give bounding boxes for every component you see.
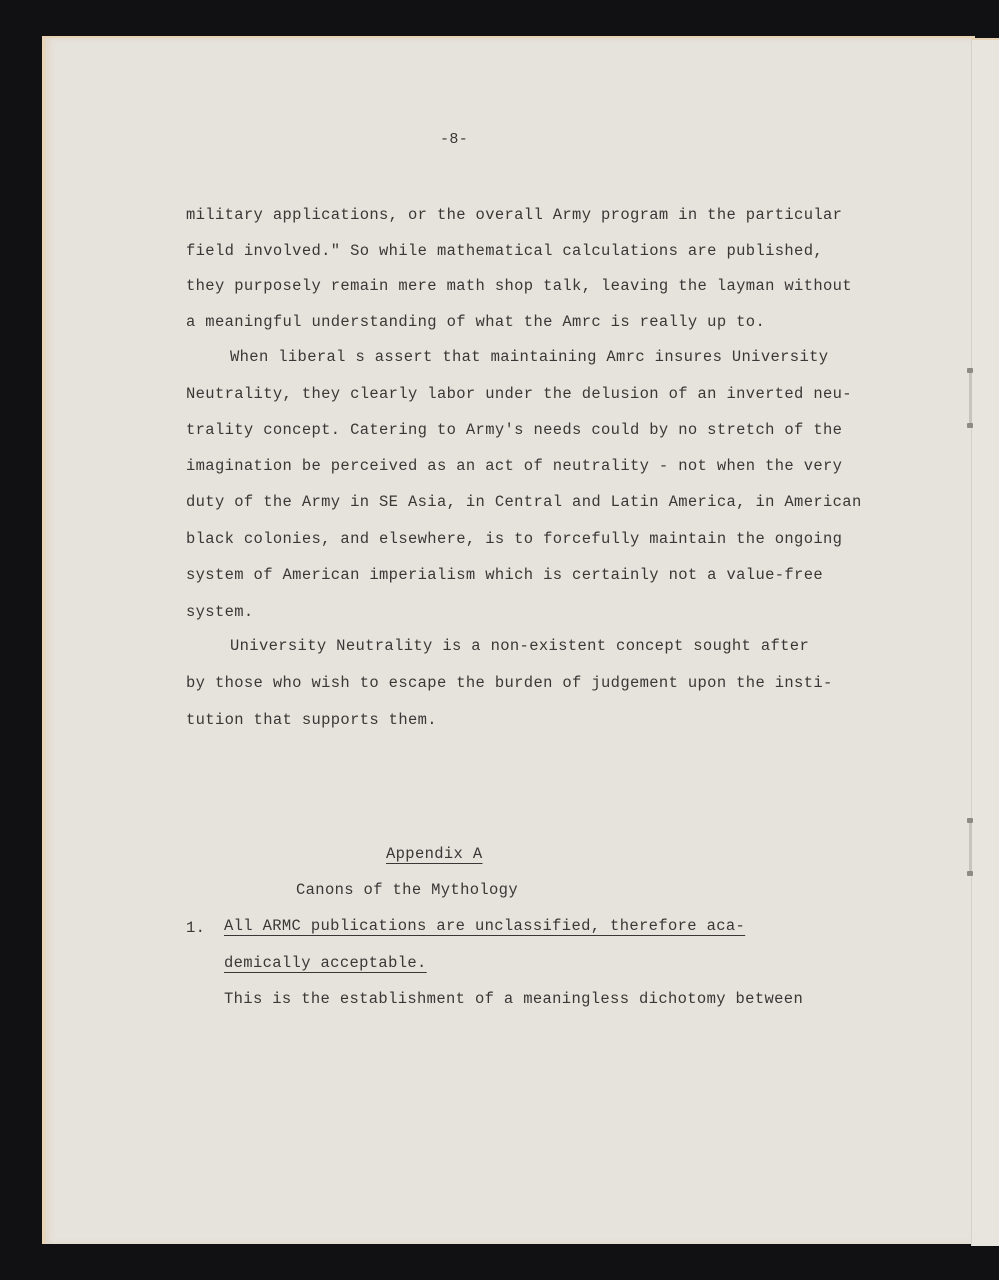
appendix-item-number: 1.	[186, 918, 205, 938]
paragraph-1-line-3: they purposely remain mere math shop tal…	[186, 276, 852, 296]
paragraph-2-line-4: imagination be perceived as an act of ne…	[186, 456, 842, 476]
appendix-item-title-line-1: All ARMC publications are unclassified, …	[224, 916, 745, 936]
appendix-heading: Appendix A	[386, 844, 483, 864]
paragraph-2-line-1: When liberal s assert that maintaining A…	[230, 347, 828, 367]
paragraph-1-line-2: field involved." So while mathematical c…	[186, 241, 823, 261]
paragraph-2-line-7: system of American imperialism which is …	[186, 565, 823, 585]
appendix-item-body-line-1: This is the establishment of a meaningle…	[224, 989, 803, 1009]
paragraph-3-line-1: University Neutrality is a non-existent …	[230, 636, 809, 656]
next-page-edge	[971, 38, 999, 1246]
staple-icon	[969, 818, 972, 876]
page-number: -8-	[440, 130, 468, 150]
paragraph-2-line-6: black colonies, and elsewhere, is to for…	[186, 529, 842, 549]
appendix-item-title-line-2: demically acceptable.	[224, 953, 427, 973]
paragraph-2-line-8: system.	[186, 602, 254, 622]
paragraph-2-line-5: duty of the Army in SE Asia, in Central …	[186, 492, 862, 512]
paragraph-1-line-1: military applications, or the overall Ar…	[186, 205, 842, 225]
paragraph-1-line-4: a meaningful understanding of what the A…	[186, 312, 765, 332]
paragraph-3-line-2: by those who wish to escape the burden o…	[186, 673, 833, 693]
paragraph-2-line-2: Neutrality, they clearly labor under the…	[186, 384, 852, 404]
paragraph-2-line-3: trality concept. Catering to Army's need…	[186, 420, 842, 440]
staple-icon	[969, 368, 972, 428]
appendix-subheading: Canons of the Mythology	[296, 880, 518, 900]
paragraph-3-line-3: tution that supports them.	[186, 710, 437, 730]
